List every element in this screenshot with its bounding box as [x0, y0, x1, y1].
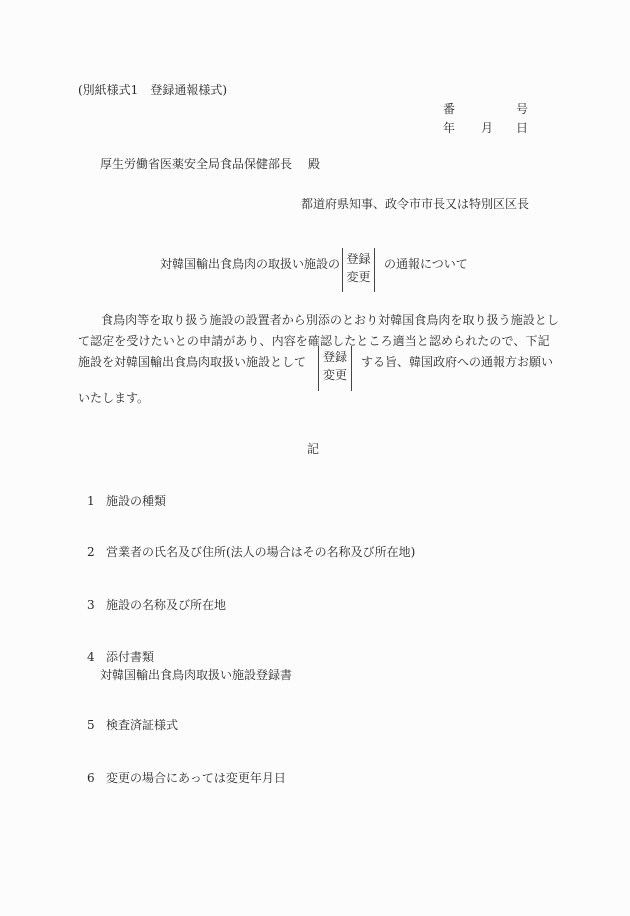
item-sub-label: 対韓国輸出食鳥肉取扱い施設登録書	[100, 669, 292, 681]
title-option-register: 登録	[343, 250, 374, 268]
number-label: 番	[443, 103, 455, 115]
body-option-change: 変更	[319, 366, 351, 384]
item-label: 営業者の氏名及び住所(法人の場合はその名称及び所在地)	[106, 546, 415, 558]
sender: 都道府県知事、政令市市長又は特別区区長	[301, 198, 529, 210]
item-number: 3	[87, 599, 95, 611]
addressee: 厚生労働省医薬安全局食品保健部長 殿	[100, 158, 292, 170]
body-option-register: 登録	[319, 348, 351, 366]
body-line-2: て認定を受けたいとの申請があり、内容を確認したところ適当と認められたので、下記	[78, 335, 550, 347]
number-suffix: 号	[516, 103, 528, 115]
month-label: 月	[481, 122, 493, 134]
item-label: 検査済証様式	[106, 719, 178, 731]
title-prefix: 対韓国輸出食鳥肉の取扱い施設の	[160, 258, 340, 270]
item-number: 6	[87, 772, 95, 784]
item-number: 5	[87, 719, 95, 731]
item-label: 施設の種類	[106, 495, 166, 507]
year-label: 年	[443, 122, 455, 134]
day-label: 日	[516, 122, 528, 134]
item-number: 1	[87, 495, 95, 507]
title-suffix: の通報について	[384, 258, 468, 270]
title-option-bracket: 登録 変更	[342, 248, 375, 292]
item-label: 添付書類	[106, 651, 154, 663]
body-line-1: 食鳥肉等を取り扱う施設の設置者から別添のとおり対韓国食鳥肉を取り扱う施設とし	[101, 314, 559, 326]
item-number: 2	[87, 546, 95, 558]
body-line-3-suffix: する旨、韓国政府への通報方お願い	[361, 356, 553, 368]
addressee-honorific: 殿	[308, 158, 320, 170]
body-option-bracket: 登録 変更	[318, 346, 352, 391]
title-option-change: 変更	[343, 268, 374, 286]
item-label: 施設の名称及び所在地	[106, 599, 226, 611]
body-line-3-prefix: 施設を対韓国輸出食鳥肉取扱い施設として	[78, 356, 306, 368]
body-line-4: いたします。	[78, 392, 149, 404]
form-label: (別紙様式1 登録通報様式)	[78, 84, 227, 96]
item-label: 変更の場合にあっては変更年月日	[106, 772, 286, 784]
ki-heading: 記	[307, 443, 319, 455]
addressee-name: 厚生労働省医薬安全局食品保健部長	[100, 157, 292, 171]
item-number: 4	[87, 651, 95, 663]
